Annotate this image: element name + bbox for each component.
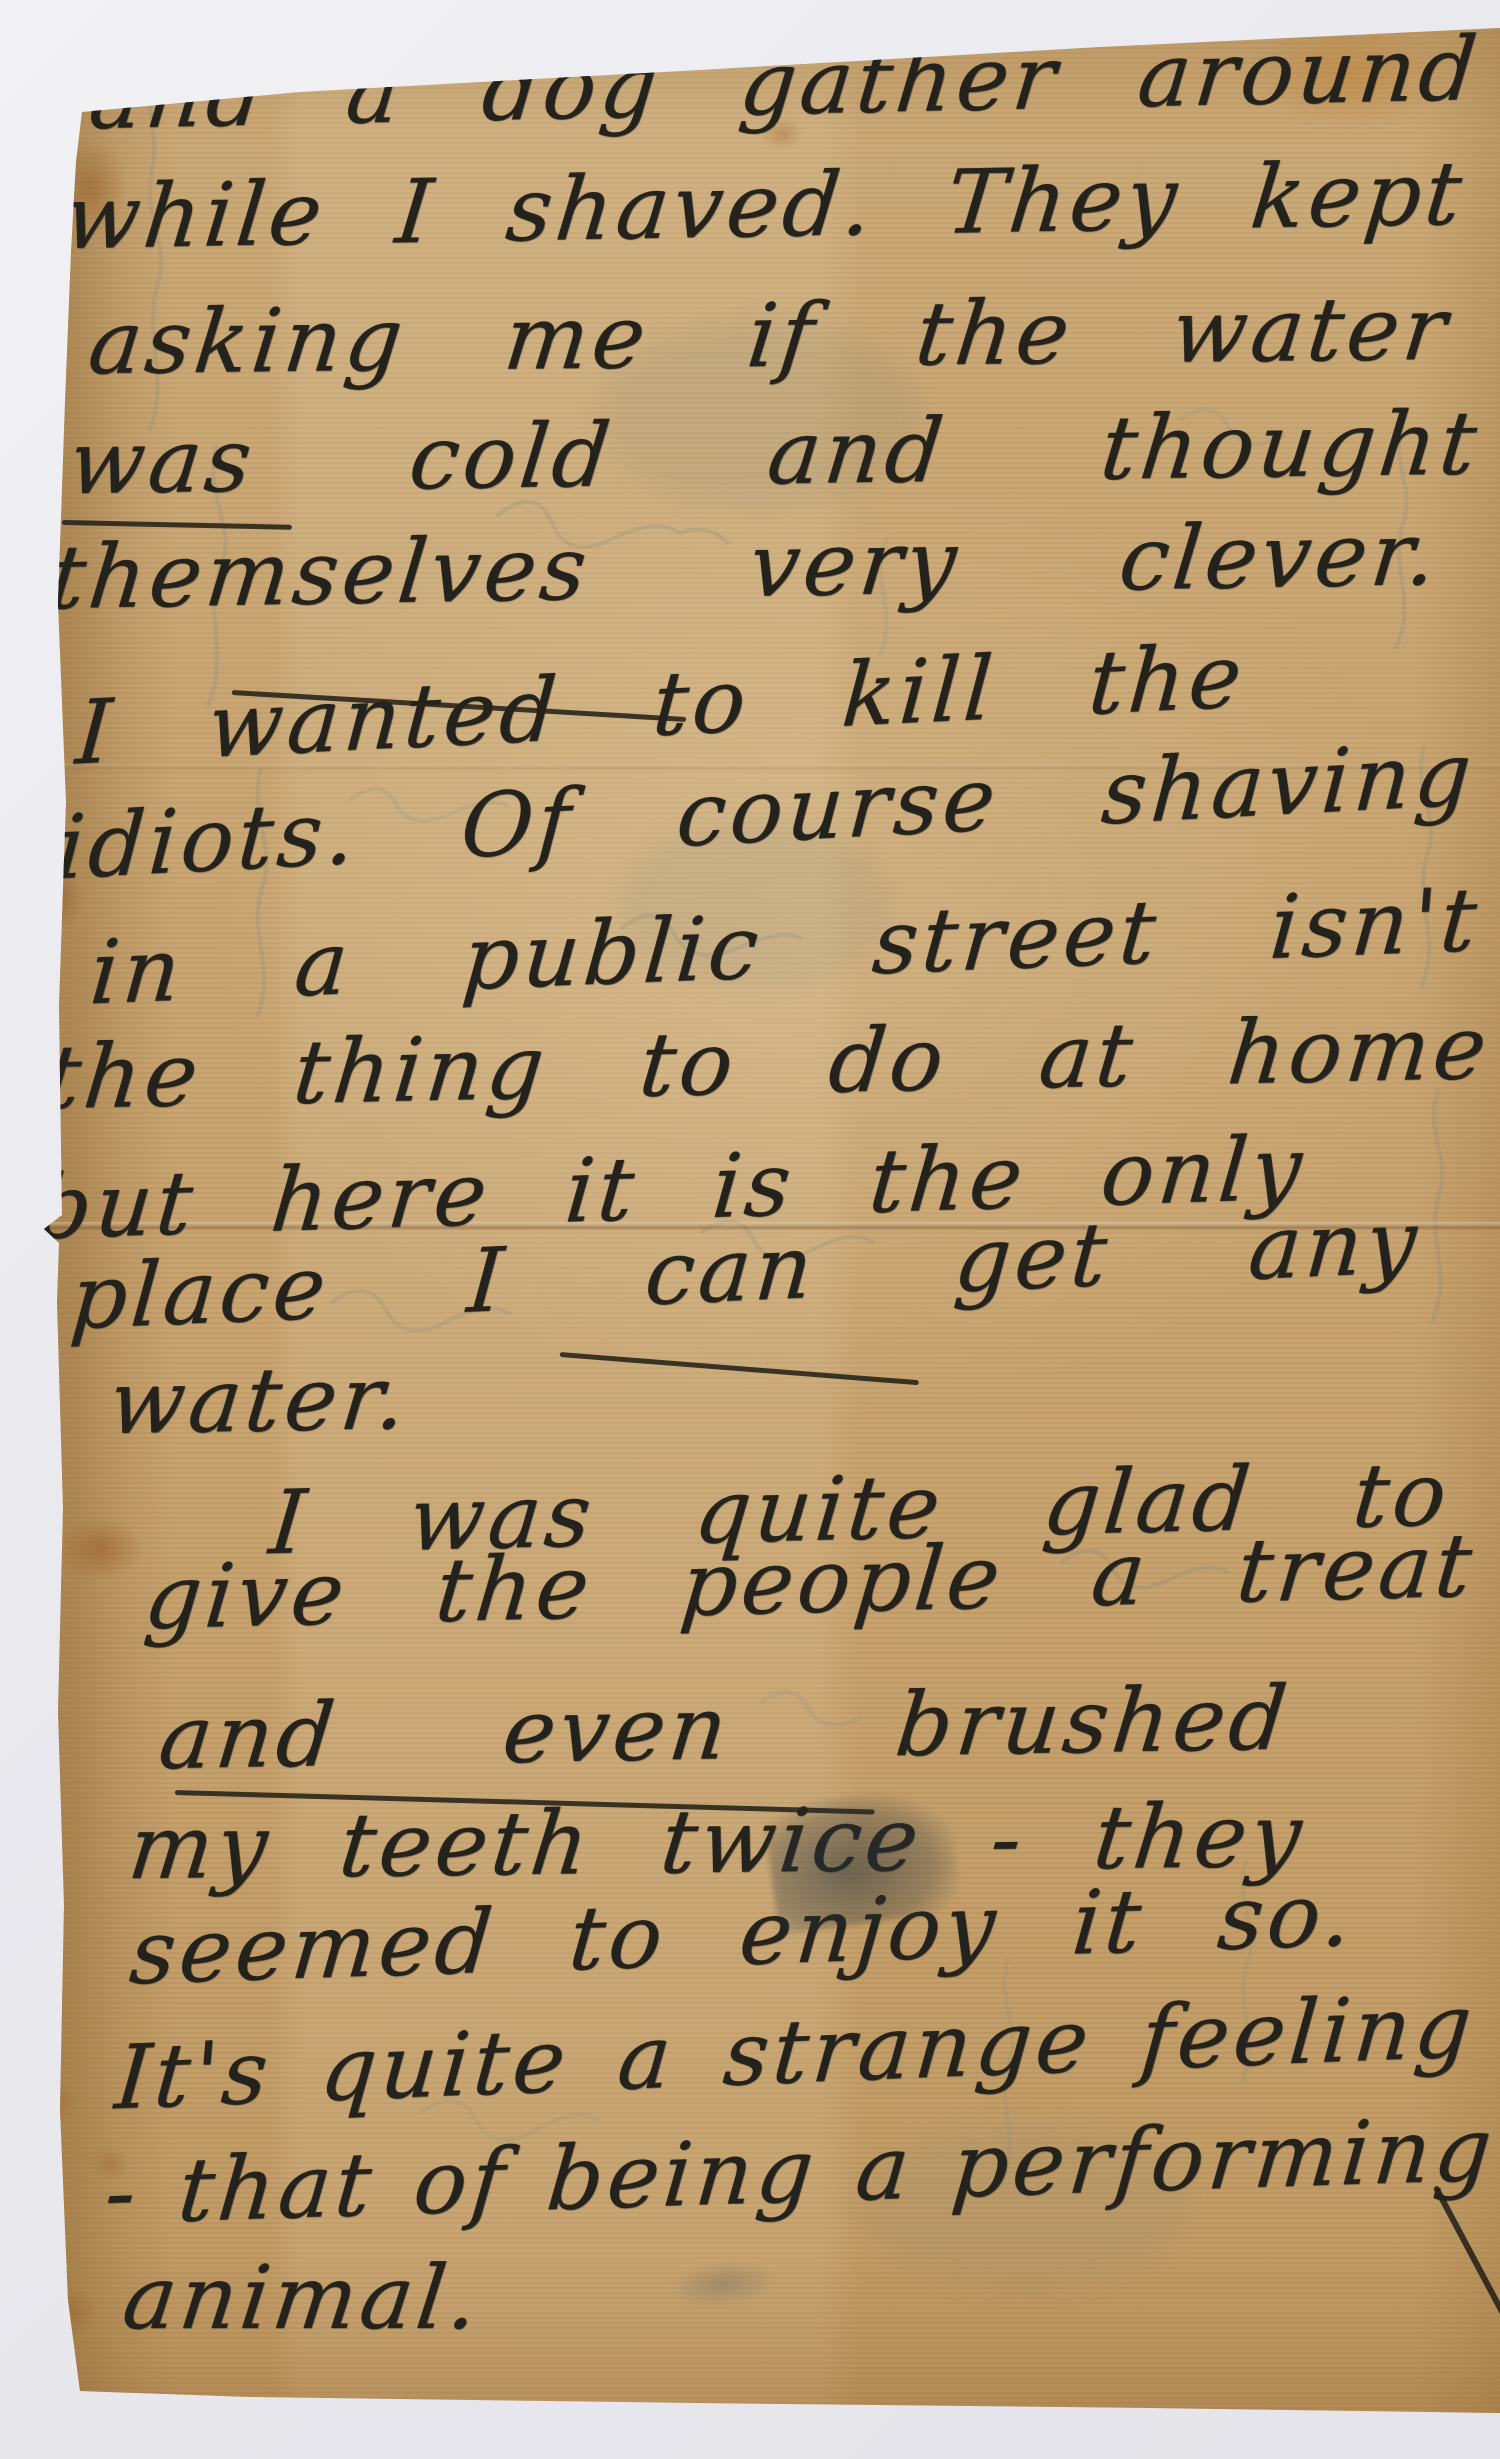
foxing-stain xyxy=(58,1518,143,1580)
handwriting-line-3: asking me if the water xyxy=(84,281,1455,390)
handwriting-line-4: was cold and thought xyxy=(65,395,1485,510)
scanned-letter-scene: and a dog gather around while I shaved. … xyxy=(0,0,1500,2459)
handwriting-line-12: water. xyxy=(105,1349,435,1450)
ink-smudge xyxy=(762,1783,963,1936)
handwriting-line-20: animal. xyxy=(118,2250,460,2345)
handwriting-line-15: and even brushed xyxy=(155,1670,1295,1785)
handwriting-line-2: while I shaved. They kept xyxy=(60,146,1470,266)
letter-page: and a dog gather around while I shaved. … xyxy=(0,0,1500,2459)
